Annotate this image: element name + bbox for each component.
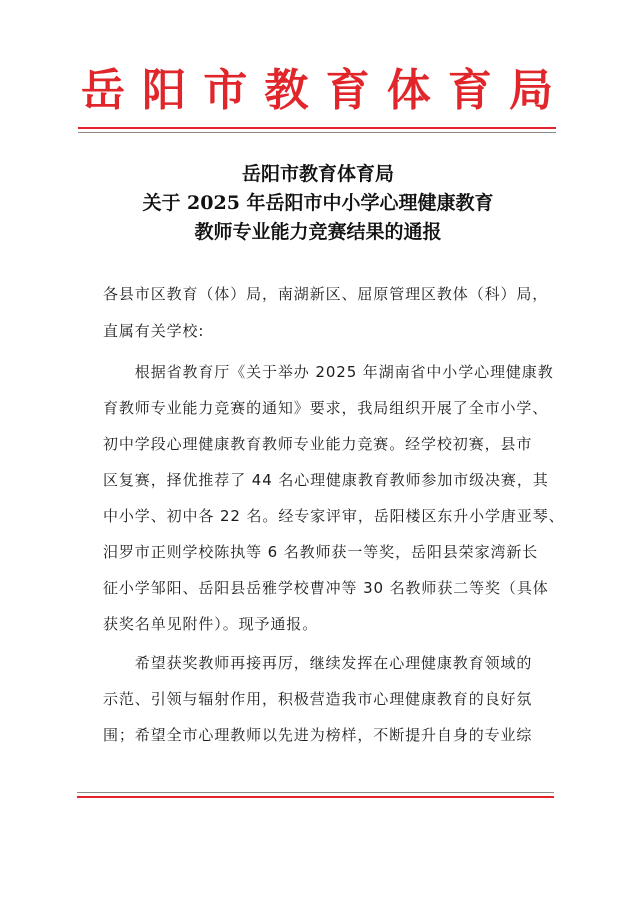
- paragraph-2-line: 围；希望全市心理教师以先进为榜样，不断提升自身的专业综: [103, 725, 532, 745]
- letterhead-red-rule: [78, 127, 556, 129]
- letterhead-char: 育: [445, 60, 495, 122]
- paragraph-1-line: 初中学段心理健康教育教师专业能力竞赛。经学校初赛，县市: [103, 434, 532, 454]
- letterhead-char: 体: [384, 60, 434, 122]
- paragraph-1-line: 获奖名单见附件）。现予通报。: [103, 614, 318, 634]
- letterhead-gray-rule: [78, 132, 556, 133]
- title-line-issuer: 岳阳市教育体育局: [0, 160, 636, 189]
- salutation-line: 直属有关学校:: [103, 321, 204, 341]
- paragraph-2-line: 希望获奖教师再接再厉，继续发挥在心理健康教育领域的: [103, 653, 532, 673]
- paragraph-1-line: 征小学邹阳、岳阳县岳雅学校曹冲等 30 名教师获二等奖（具体: [103, 578, 549, 598]
- letterhead-char: 育: [323, 60, 373, 122]
- paragraph-1-line: 区复赛，择优推荐了 44 名心理健康教育教师参加市级决赛，其: [103, 470, 549, 490]
- letterhead-char: 岳: [78, 60, 128, 122]
- letterhead-char: 阳: [139, 60, 189, 122]
- document-title: 岳阳市教育体育局 关于 2025 年岳阳市中小学心理健康教育 教师专业能力竞赛结…: [0, 160, 636, 247]
- salutation-line: 各县市区教育（体）局，南湖新区、屈原管理区教体（科）局，: [103, 284, 548, 304]
- title-line-subject-1: 关于 2025 年岳阳市中小学心理健康教育: [0, 189, 636, 218]
- paragraph-1-line: 根据省教育厅《关于举办 2025 年湖南省中小学心理健康教: [103, 362, 554, 382]
- letterhead-char: 市: [200, 60, 250, 122]
- footer-gray-rule: [77, 792, 554, 793]
- paragraph-1-line: 汨罗市正则学校陈执等 6 名教师获一等奖，岳阳县荣家湾新长: [103, 542, 538, 562]
- letterhead-char: 教: [261, 60, 311, 122]
- letterhead-char: 局: [506, 60, 556, 122]
- paragraph-2-line: 示范、引领与辐射作用，积极营造我市心理健康教育的良好氛: [103, 689, 532, 709]
- footer-red-rule: [77, 796, 554, 798]
- letterhead-org-name: 岳 阳 市 教 育 体 育 局: [78, 60, 556, 122]
- paragraph-1-line: 中小学、初中各 22 名。经专家评审，岳阳楼区东升小学唐亚琴、: [103, 506, 565, 526]
- paragraph-1-line: 育教师专业能力竞赛的通知》要求，我局组织开展了全市小学、: [103, 398, 548, 418]
- title-line-subject-2: 教师专业能力竞赛结果的通报: [0, 218, 636, 247]
